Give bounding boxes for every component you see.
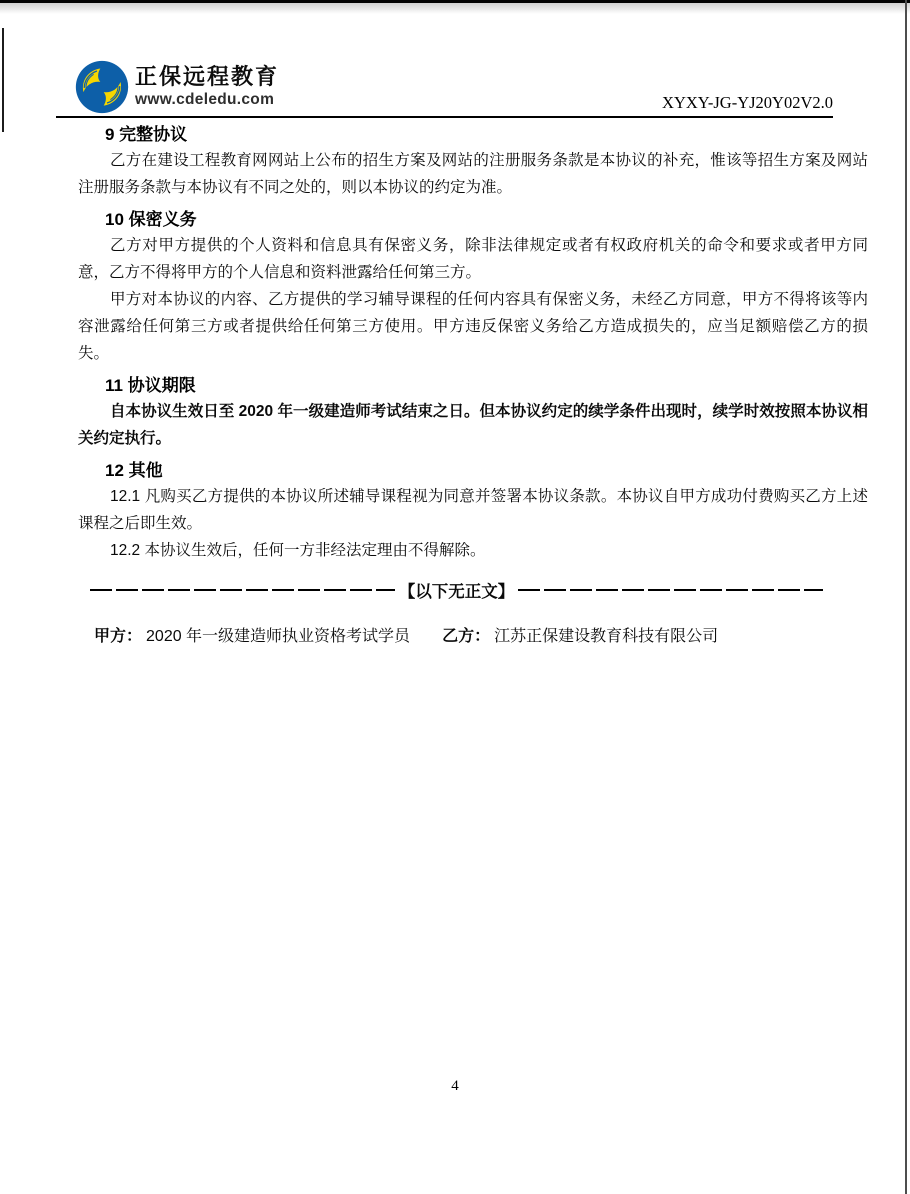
section-10-heading: 10 保密义务 <box>105 209 868 230</box>
page-left-border-segment <box>2 28 4 132</box>
party-b-value: 江苏正保建设教育科技有限公司 <box>494 625 718 649</box>
section-12-heading: 12 其他 <box>105 460 868 481</box>
party-a: 甲方： 2020 年一级建造师执业资格考试学员 <box>94 625 410 649</box>
brand-name: 正保远程教育 <box>135 65 279 89</box>
end-of-text-separator: 【以下无正文】 <box>90 576 856 603</box>
separator-dash-line-left <box>90 589 395 591</box>
document-page: 正保远程教育 www.cdeledu.com XYXY-JG-YJ20Y02V2… <box>0 0 910 1194</box>
header-rule <box>56 116 833 118</box>
separator-dash-line-right <box>518 589 823 591</box>
document-body: 9 完整协议 乙方在建设工程教育网网站上公布的招生方案及网站的注册服务条款是本协… <box>78 121 868 649</box>
party-a-value: 2020 年一级建造师执业资格考试学员 <box>146 625 410 649</box>
section-12-paragraph-2: 12.2 本协议生效后，任何一方非经法定理由不得解除。 <box>78 537 868 564</box>
document-code: XYXY-JG-YJ20Y02V2.0 <box>0 93 833 113</box>
section-11-heading: 11 协议期限 <box>105 375 868 396</box>
page-number: 4 <box>0 1078 910 1095</box>
party-b: 乙方： 江苏正保建设教育科技有限公司 <box>442 625 718 649</box>
section-10-paragraph-2: 甲方对本协议的内容、乙方提供的学习辅导课程的任何内容具有保密义务，未经乙方同意，… <box>78 286 868 367</box>
section-11-paragraph-1: 自本协议生效日至 2020 年一级建造师考试结束之日。但本协议约定的续学条件出现… <box>78 398 868 452</box>
page-right-border <box>905 0 907 1194</box>
party-a-label: 甲方： <box>94 625 142 649</box>
section-10-paragraph-1: 乙方对甲方提供的个人资料和信息具有保密义务，除非法律规定或者有权政府机关的命令和… <box>78 232 868 286</box>
end-of-text-label: 【以下无正文】 <box>395 578 519 602</box>
parties-row: 甲方： 2020 年一级建造师执业资格考试学员 乙方： 江苏正保建设教育科技有限… <box>94 625 868 649</box>
section-9-heading: 9 完整协议 <box>105 124 868 145</box>
page-top-shadow <box>0 3 910 14</box>
section-9-paragraph-1: 乙方在建设工程教育网网站上公布的招生方案及网站的注册服务条款是本协议的补充，惟该… <box>78 147 868 201</box>
section-12-paragraph-1: 12.1 凡购买乙方提供的本协议所述辅导课程视为同意并签署本协议条款。本协议自甲… <box>78 483 868 537</box>
party-b-label: 乙方： <box>442 625 490 649</box>
